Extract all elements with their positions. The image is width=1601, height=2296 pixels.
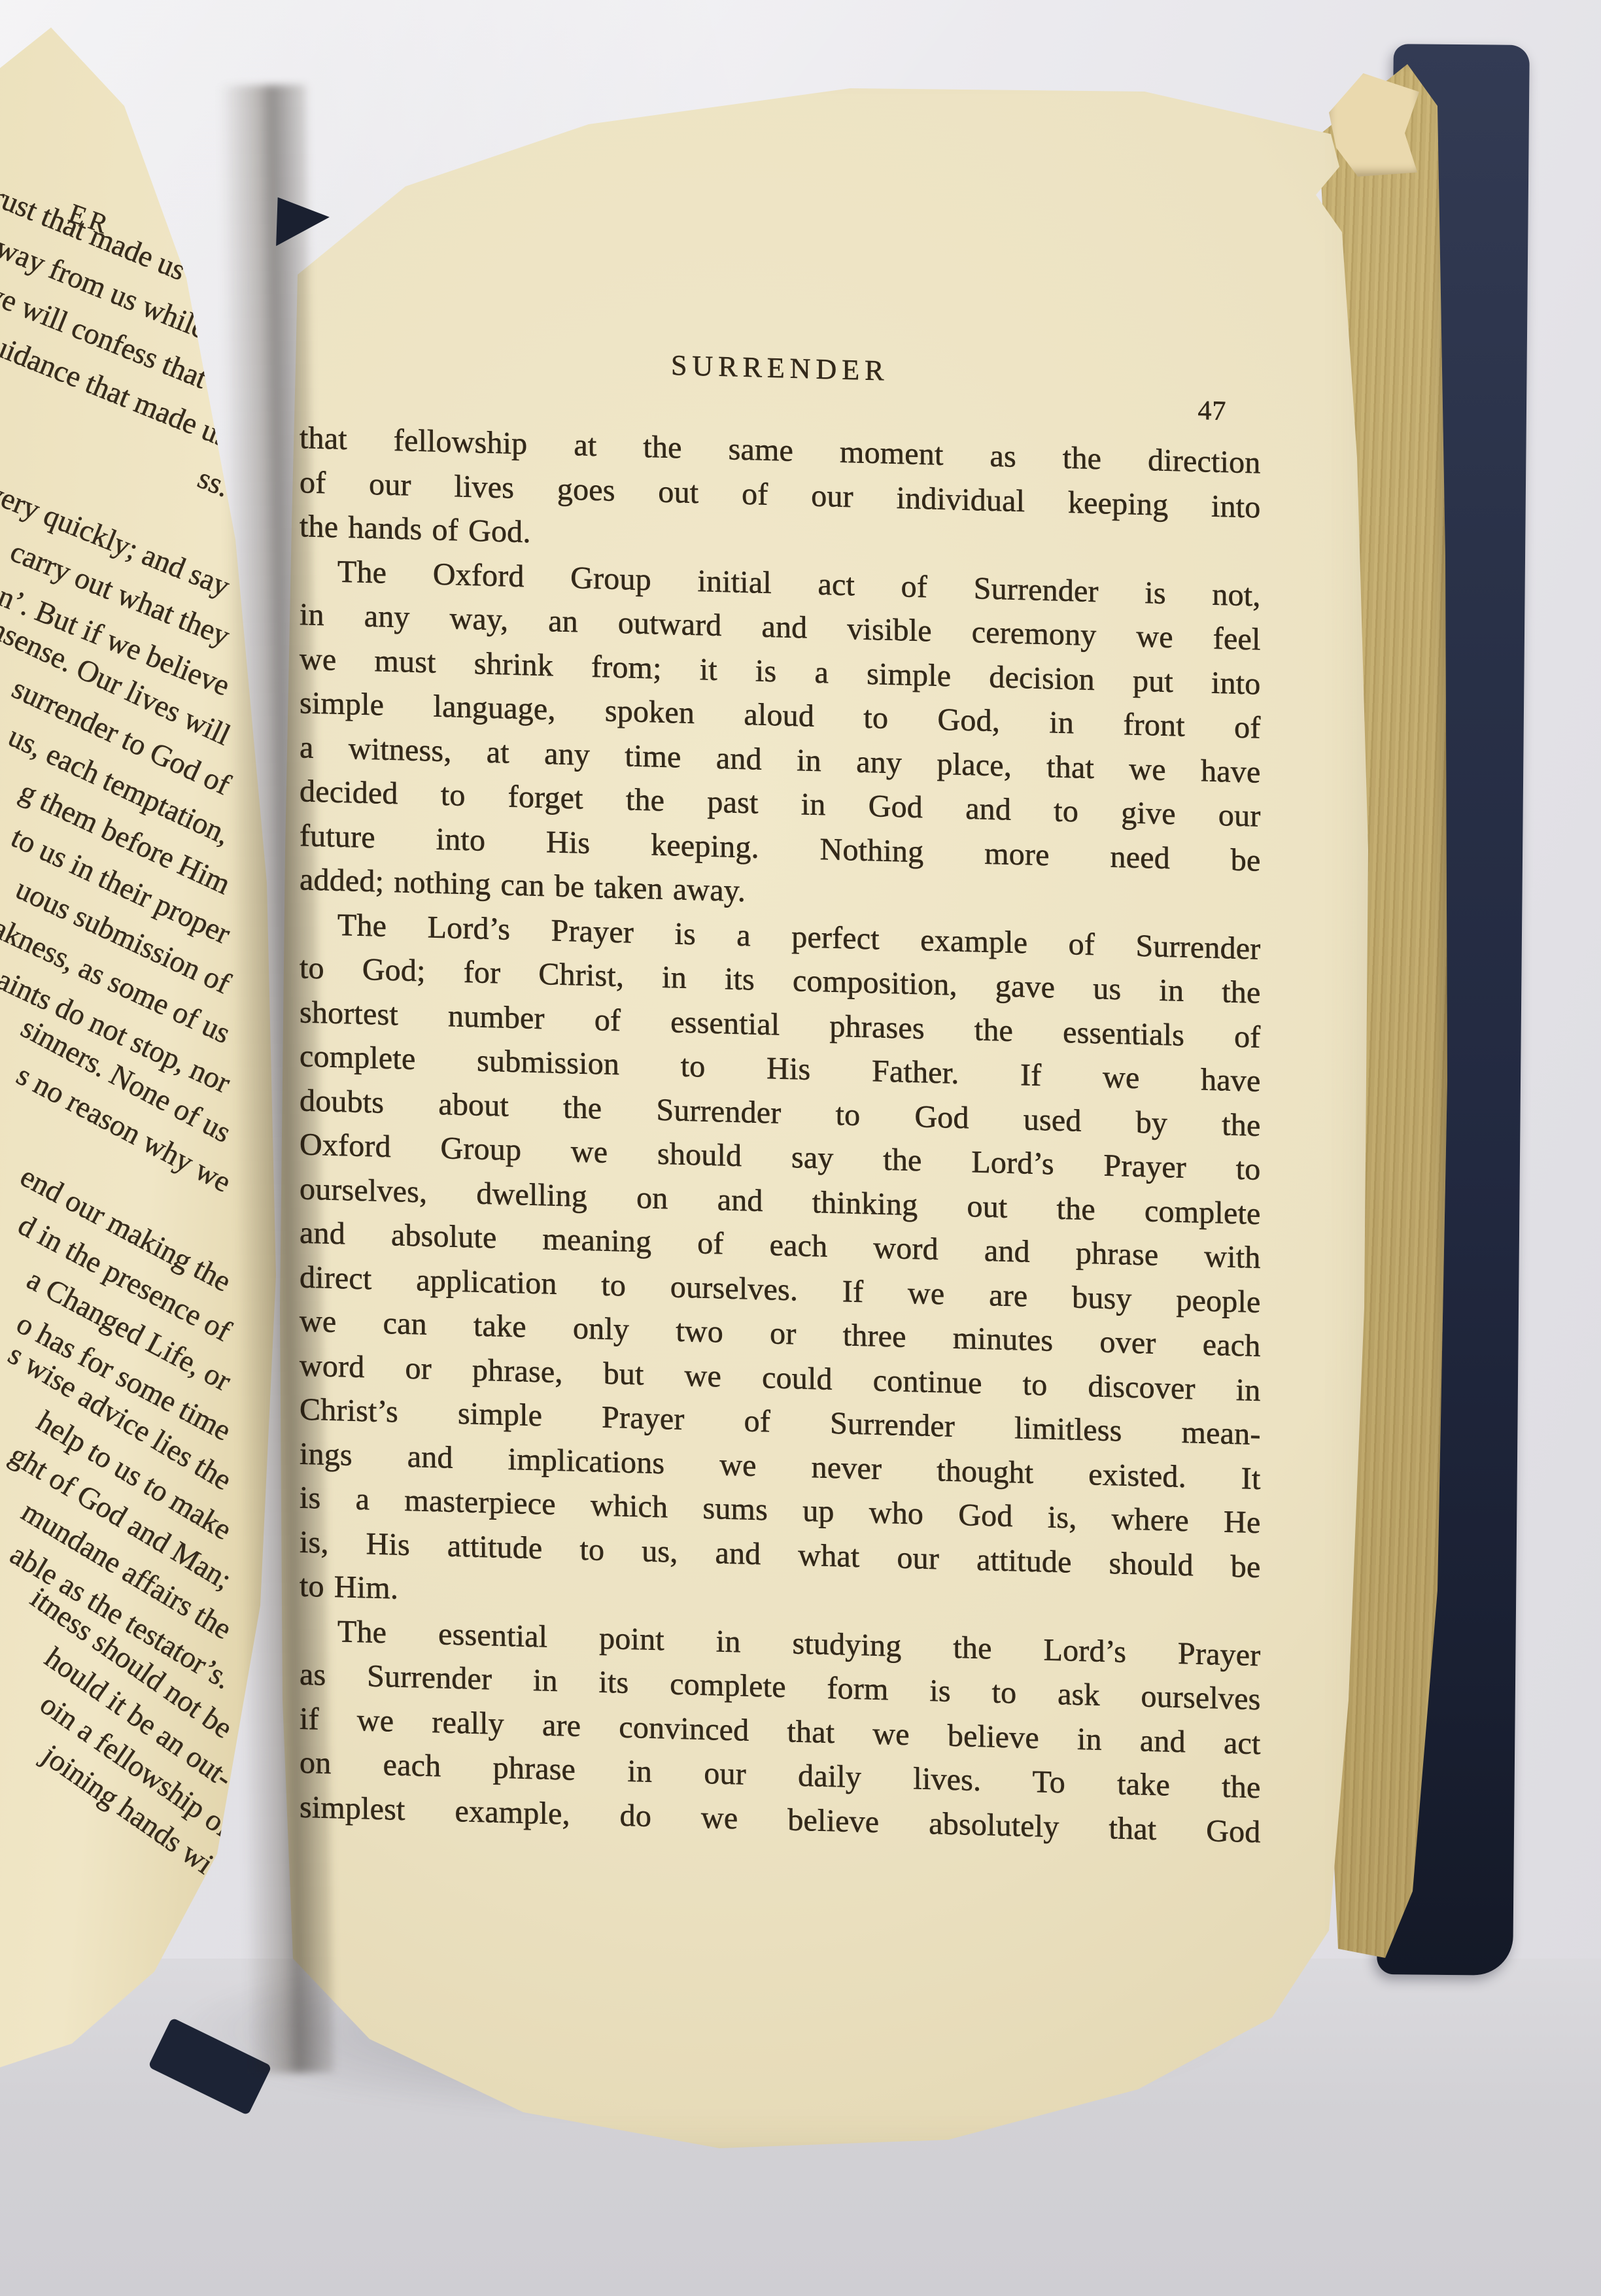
- paragraph-continuation: that fellowship at the same moment as th…: [300, 416, 1260, 574]
- paragraph: The essential point in studying the Lord…: [300, 1608, 1260, 1854]
- paragraph: The Lord’s Prayer is a perfect example o…: [300, 902, 1260, 1634]
- photo-scene: ER rust that made us failaway from us wh…: [0, 0, 1601, 2296]
- left-page-text: ER rust that made us failaway from us wh…: [0, 211, 226, 1904]
- chapter-header: SURRENDER: [300, 339, 1260, 397]
- left-page-lines: rust that made us failaway from us while…: [0, 264, 226, 1904]
- right-page: SURRENDER 47 that fellowship at the same…: [249, 59, 1386, 2178]
- paragraph: The Oxford Group initial act of Surrende…: [300, 549, 1260, 927]
- page-number: 47: [1198, 395, 1227, 427]
- page-body: that fellowship at the same moment as th…: [300, 416, 1260, 1854]
- right-page-content: SURRENDER 47 that fellowship at the same…: [300, 339, 1260, 1854]
